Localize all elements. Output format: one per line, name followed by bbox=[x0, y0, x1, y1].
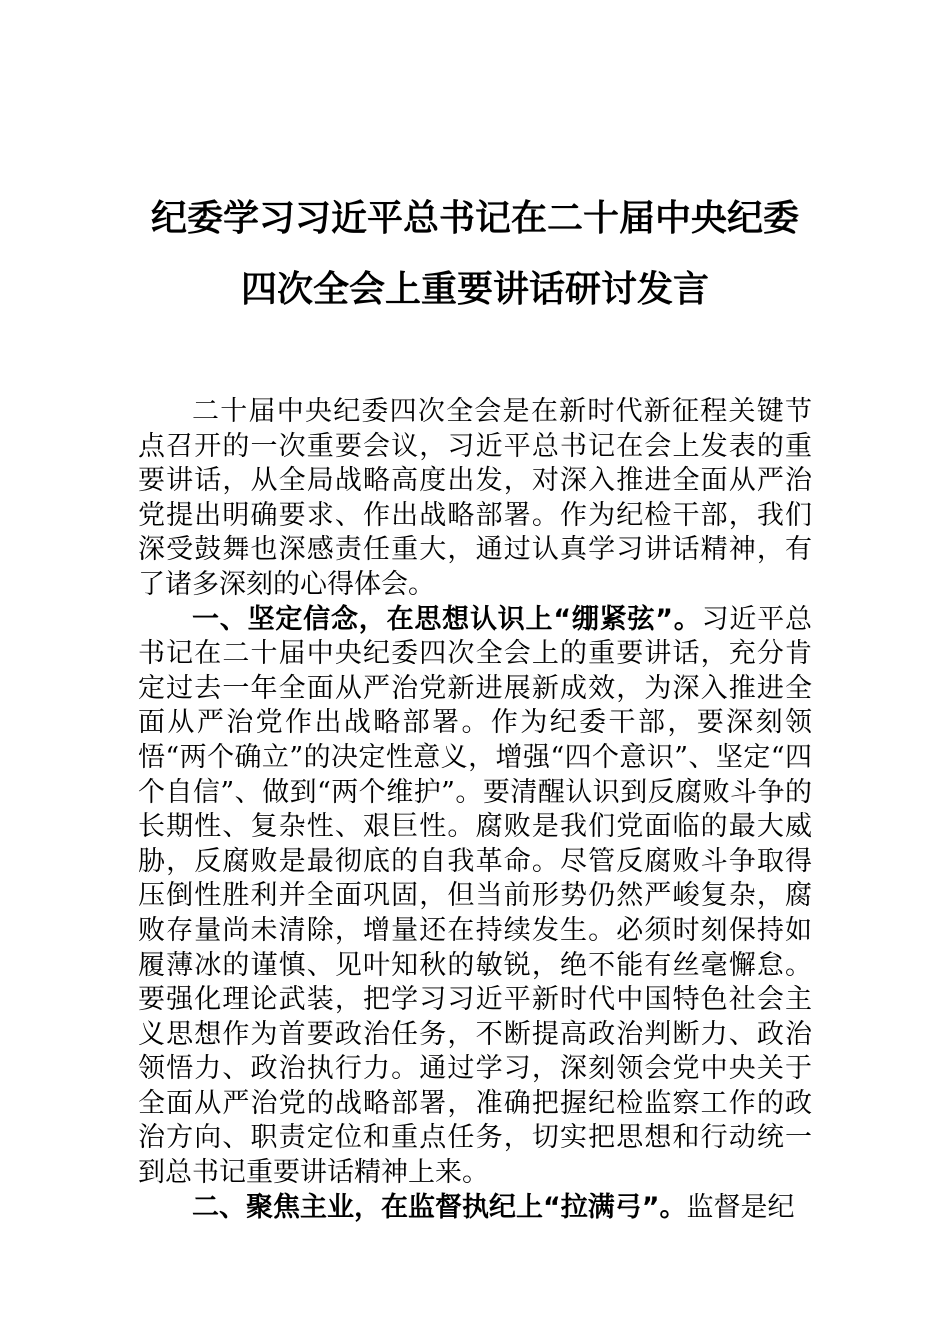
paragraph-text: 二十届中央纪委四次全会是在新时代新征程关键节点召开的一次重要会议，习近平总书记在… bbox=[138, 396, 812, 600]
paragraph-text: 监督是纪 bbox=[687, 1192, 795, 1223]
document-title: 纪委学习习近平总书记在二十届中央纪委 四次全会上重要讲话研讨发言 bbox=[138, 183, 812, 325]
section-1-heading: 一、坚定信念，在思想认识上“绷紧弦”。 bbox=[192, 604, 702, 635]
title-line-1: 纪委学习习近平总书记在二十届中央纪委 bbox=[138, 183, 812, 254]
paragraph-section-1: 一、坚定信念，在思想认识上“绷紧弦”。习近平总书记在二十届中央纪委四次全会上的重… bbox=[138, 603, 812, 1191]
paragraph-text: 习近平总书记在二十届中央纪委四次全会上的重要讲话，充分肯定过去一年全面从严治党新… bbox=[138, 604, 812, 1189]
document-page: 纪委学习习近平总书记在二十届中央纪委 四次全会上重要讲话研讨发言 二十届中央纪委… bbox=[0, 0, 950, 1344]
paragraph-intro: 二十届中央纪委四次全会是在新时代新征程关键节点召开的一次重要会议，习近平总书记在… bbox=[138, 395, 812, 603]
title-line-2: 四次全会上重要讲话研讨发言 bbox=[138, 254, 812, 325]
section-2-heading: 二、聚焦主业，在监督执纪上“拉满弓”。 bbox=[192, 1192, 687, 1223]
paragraph-section-2: 二、聚焦主业，在监督执纪上“拉满弓”。监督是纪 bbox=[138, 1191, 812, 1226]
document-body: 二十届中央纪委四次全会是在新时代新征程关键节点召开的一次重要会议，习近平总书记在… bbox=[138, 395, 812, 1225]
